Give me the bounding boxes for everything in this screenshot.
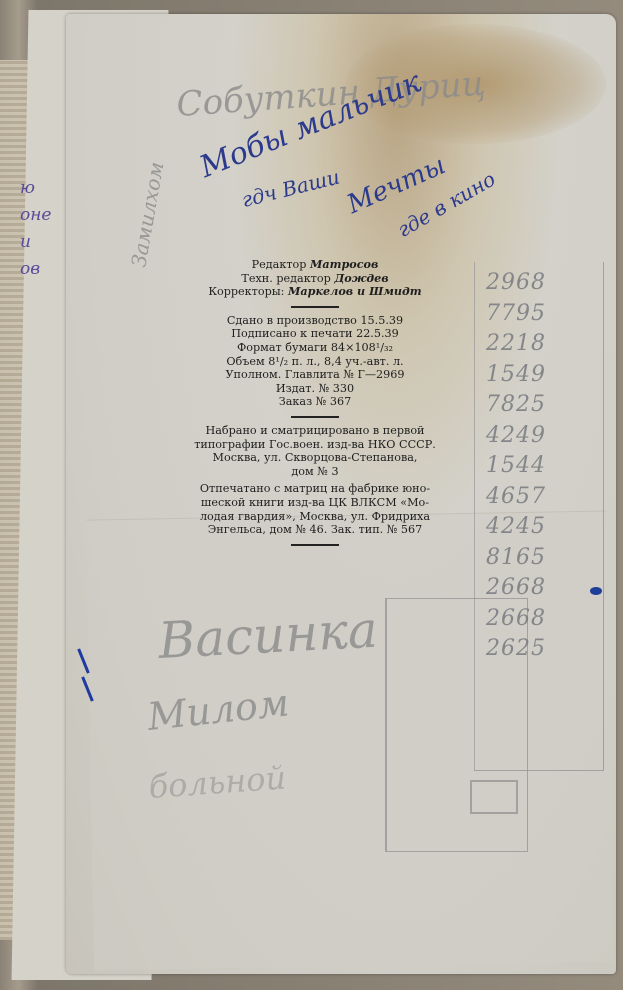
pencil-number: 4249 (486, 421, 576, 452)
pencil-number: 1544 (486, 451, 576, 482)
pencil-number: 1549 (486, 360, 576, 391)
typesetting-line: дом № 3 (150, 465, 480, 479)
divider (291, 416, 339, 418)
production-line: Уполном. Главлита № Г—2969 (150, 368, 480, 382)
pencil-number-column: 2968 7795 2218 1549 7825 4249 1544 4657 … (486, 268, 576, 665)
pencil-number: 8165 (486, 543, 576, 574)
pencil-house-icon (470, 780, 518, 814)
production-line: Формат бумаги 84×108¹/₃₂ (150, 341, 480, 355)
left-note: ю (20, 175, 52, 202)
pencil-number: 2218 (486, 329, 576, 360)
printing-line: лодая гвардия», Москва, ул. Фридриха (150, 510, 480, 524)
production-line: Заказ № 367 (150, 395, 480, 409)
pencil-number: 4657 (486, 482, 576, 513)
production-line: Объем 8¹/₂ п. л., 8,4 уч.-авт. л. (150, 355, 480, 369)
pencil-number: 2668 (486, 604, 576, 635)
pencil-number: 2668 (486, 573, 576, 604)
left-note: ов (20, 256, 52, 283)
blue-ink-blot (590, 587, 602, 595)
editor-line: Редактор Матросов (150, 258, 480, 272)
typesetting-line: Москва, ул. Скворцова-Степанова, (150, 451, 480, 465)
production-line: Издат. № 330 (150, 382, 480, 396)
printing-line: Отпечатано с матриц на фабрике юно- (150, 482, 480, 496)
production-line: Сдано в производство 15.5.39 (150, 314, 480, 328)
printing-line: Энгельса, дом № 46. Зак. тип. № 567 (150, 523, 480, 537)
production-line: Подписано к печати 22.5.39 (150, 327, 480, 341)
pencil-number: 4245 (486, 512, 576, 543)
pencil-number: 2625 (486, 634, 576, 665)
typesetting-line: Набрано и сматрицировано в первой (150, 424, 480, 438)
colophon-imprint: Редактор Матросов Техн. редактор Дождев … (150, 258, 480, 552)
proofreaders-line: Корректоры: Маркелов и Шмидт (150, 285, 480, 299)
left-note: и (20, 229, 52, 256)
typesetting-line: типографии Гос.воен. изд-ва НКО СССР. (150, 438, 480, 452)
left-note: оне (20, 202, 52, 229)
pencil-number: 2968 (486, 268, 576, 299)
left-edge-ink-notes: ю оне и ов (20, 175, 52, 283)
pencil-number: 7795 (486, 299, 576, 330)
divider (291, 306, 339, 308)
pencil-bottom-line-1: Васинка (157, 601, 379, 670)
printing-line: шеской книги изд-ва ЦК ВЛКСМ «Мо- (150, 496, 480, 510)
tech-editor-line: Техн. редактор Дождев (150, 272, 480, 286)
pencil-number: 7825 (486, 390, 576, 421)
divider (291, 544, 339, 546)
